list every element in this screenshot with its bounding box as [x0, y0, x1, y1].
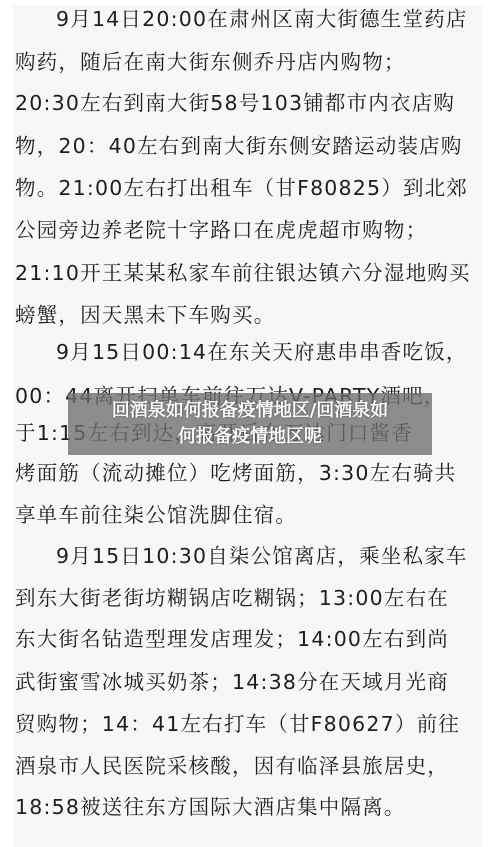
title-overlay-line-1: 回酒泉如何报备疫情地区/回酒泉如 — [68, 398, 432, 424]
paragraph-3-line-1: 9月15日10:30自柒公馆离店，乘坐私家车 — [56, 541, 500, 571]
paragraph-2-line-5: 享单车前往柒公馆洗脚住宿。 — [15, 500, 485, 530]
paragraph-3-line-5: 贸购物；14：41左右打车（甘F80627）前往 — [15, 709, 485, 739]
paragraph-1-line-5: 物。21:00左右打出租车（甘F80825）到北郊 — [15, 173, 485, 203]
paragraph-1-line-6: 公园旁边养老院十字路口在虎虎超市购物； — [15, 215, 485, 245]
paragraph-1-line-3: 20:30左右到南大街58号103铺都市内衣店购 — [15, 88, 485, 118]
paragraph-1-line-8: 螃蟹，因天黑未下车购买。 — [15, 300, 485, 330]
title-overlay-line-2: 何报备疫情地区呢 — [68, 424, 432, 450]
title-overlay-text: 回酒泉如何报备疫情地区/回酒泉如 何报备疫情地区呢 — [68, 393, 432, 455]
paragraph-3-line-7: 18:58被送往东方国际大酒店集中隔离。 — [15, 792, 485, 822]
paragraph-1-line-2: 购药，随后在南大街东侧乔丹店内购物； — [15, 47, 485, 77]
paragraph-2-line-4: 烤面筋（流动摊位）吃烤面筋，3:30左右骑共 — [15, 458, 485, 488]
paragraph-3-line-6: 酒泉市人民医院采核酸，因有临泽县旅居史， — [15, 751, 485, 781]
paragraph-1-line-7: 21:10开王某某私家车前往银达镇六分湿地购买 — [15, 258, 485, 288]
paragraph-1-line-1: 9月14日20:00在肃州区南大街德生堂药店 — [56, 4, 500, 34]
paragraph-3-line-2: 到东大街老街坊糊锅店吃糊锅；13:00左右在 — [15, 583, 485, 613]
paragraph-2-line-1: 9月15日00:14在东关天府惠串串香吃饭， — [56, 337, 500, 367]
paragraph-1-line-4: 物，20：40左右到南大街东侧安踏运动装店购 — [15, 131, 485, 161]
paragraph-3-line-4: 武街蜜雪冰城买奶茶；14:38分在天域月光商 — [15, 667, 485, 697]
paragraph-3-line-3: 东大街名钻造型理发店理发；14:00左右到尚 — [15, 624, 485, 654]
